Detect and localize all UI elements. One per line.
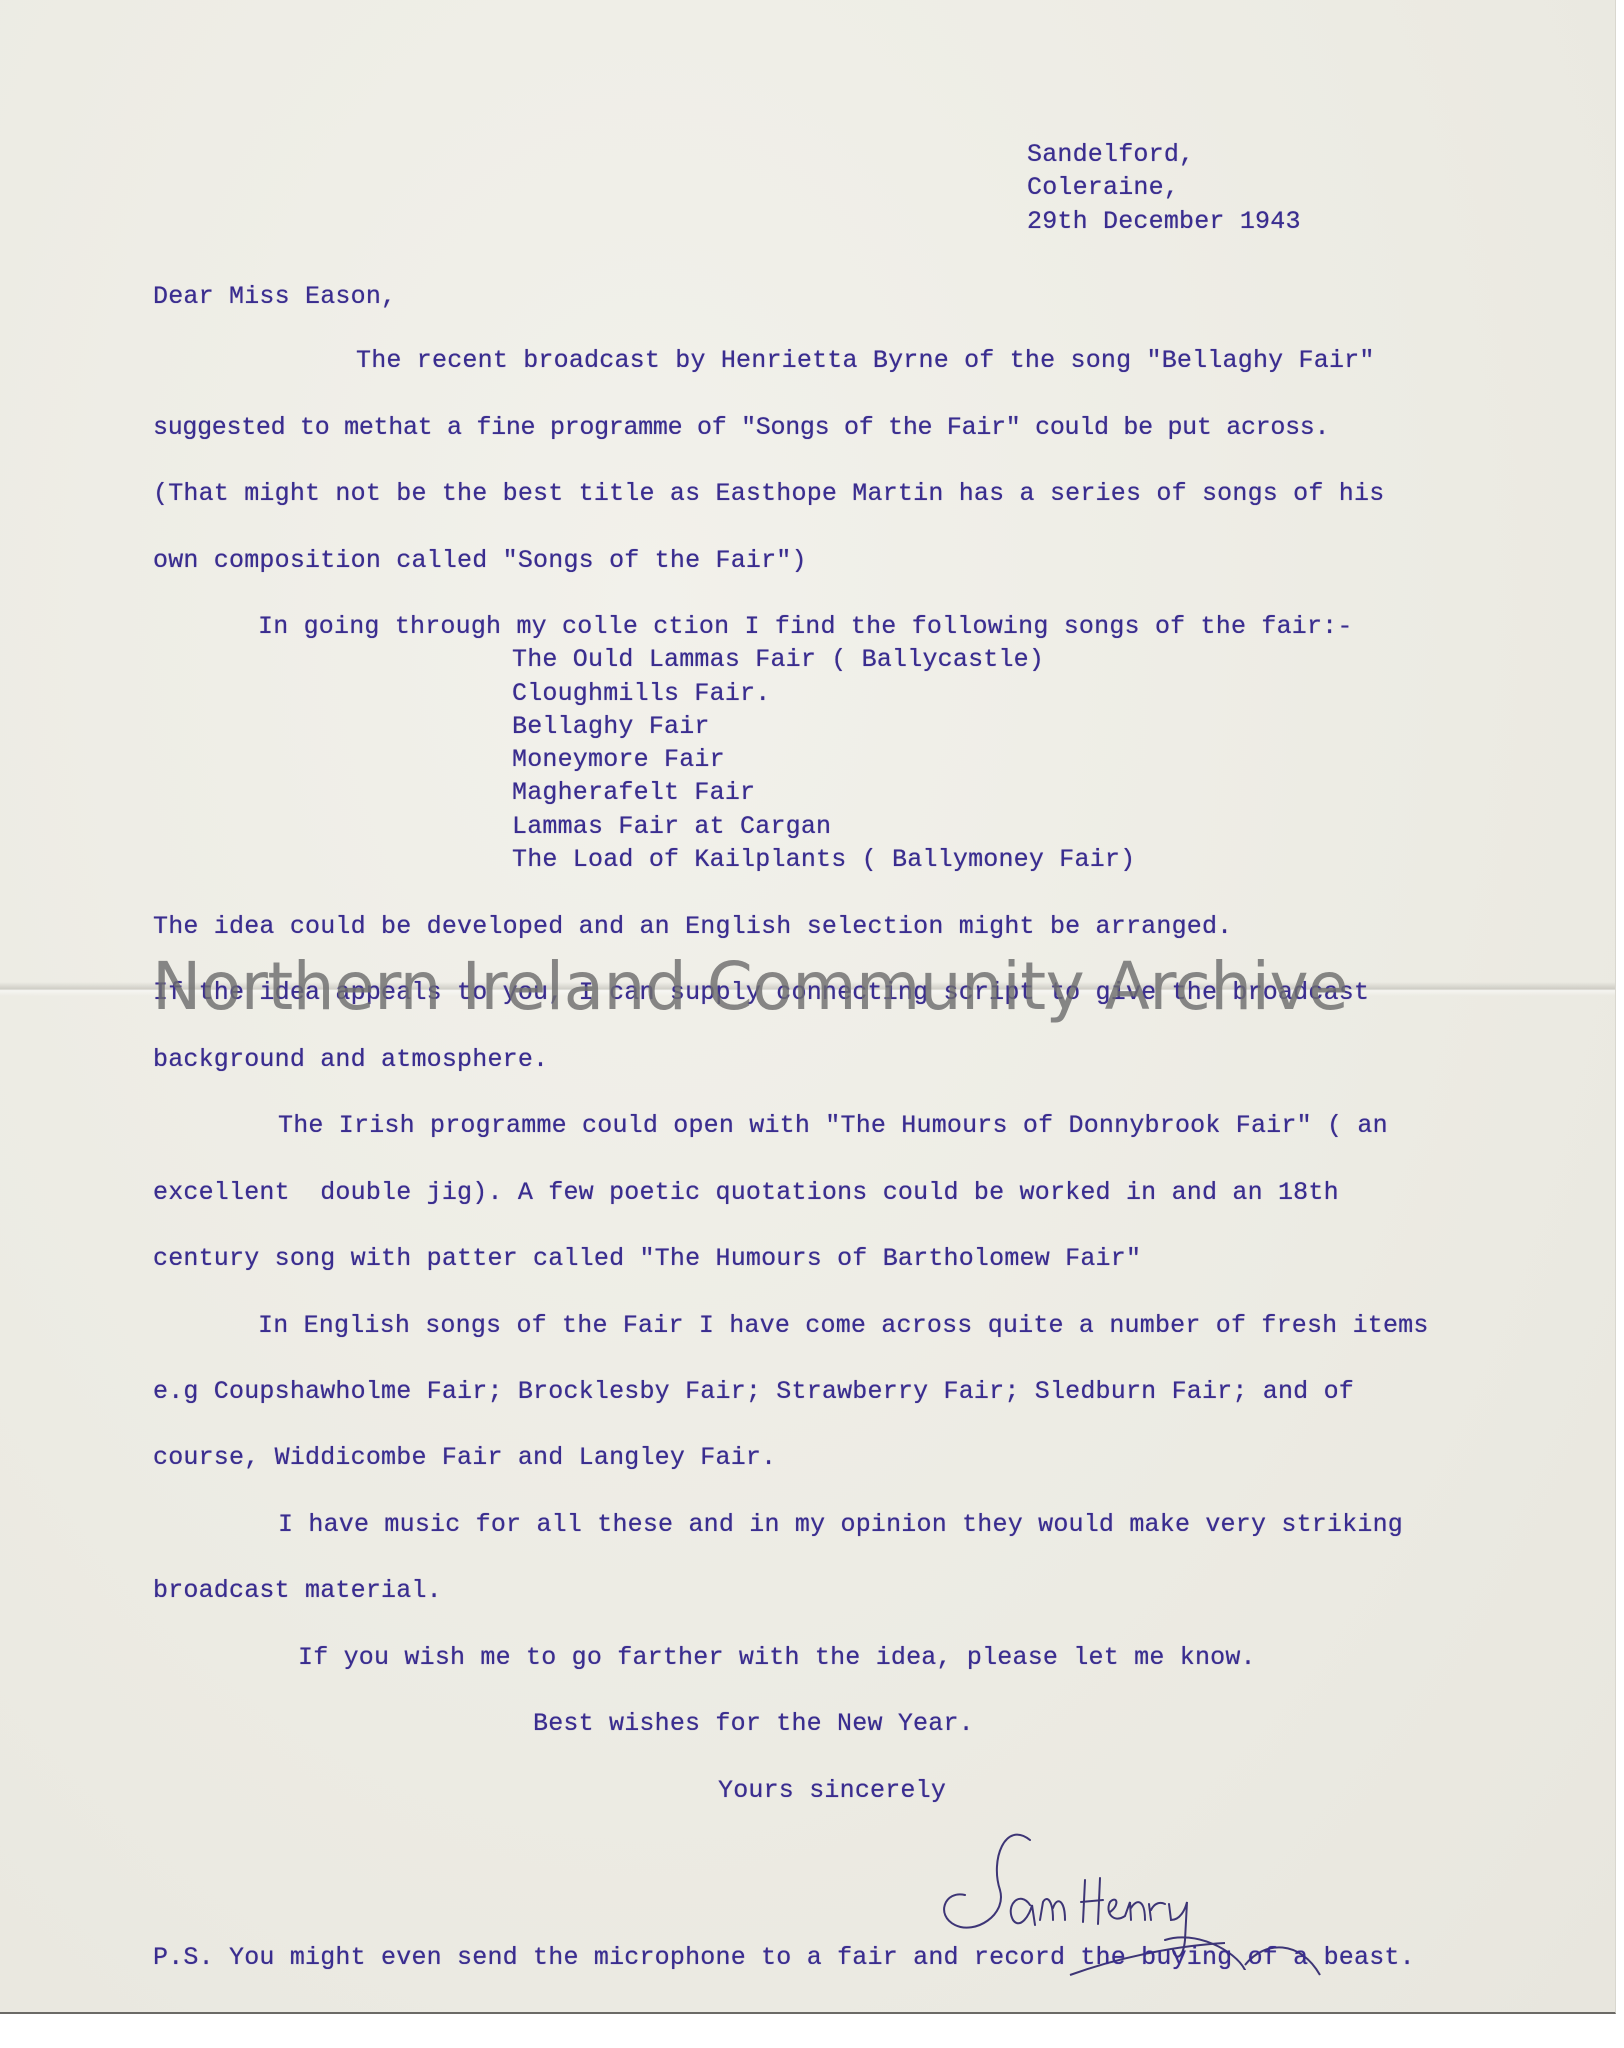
song-item: Lammas Fair at Cargan [512,812,831,841]
paragraph-4-line-2: e.g Coupshawholme Fair; Brocklesby Fair;… [153,1377,1354,1406]
postscript: P.S. You might even send the microphone … [153,1943,1415,1972]
paragraph-6: If you wish me to go farther with the id… [298,1643,1256,1672]
archive-watermark: Northern Ireland Community Archive [152,948,1348,1025]
paragraph-5-line-1: I have music for all these and in my opi… [278,1510,1403,1539]
paragraph-1-line-3: (That might not be the best title as Eas… [153,479,1384,508]
paragraph-1-line-4: own composition called "Songs of the Fai… [153,546,807,575]
song-item: The Ould Lammas Fair ( Ballycastle) [512,645,1044,674]
song-item: Moneymore Fair [512,745,725,774]
song-item: Bellaghy Fair [512,712,710,741]
paragraph-3-line-3: century song with patter called "The Hum… [153,1244,1141,1273]
paragraph-4-line-1: In English songs of the Fair I have come… [258,1311,1429,1340]
letter-paper: Sandelford, Coleraine, 29th December 194… [0,0,1616,2014]
paragraph-3-line-1: The Irish programme could open with "The… [278,1111,1388,1140]
paragraph-2-line-3: background and atmosphere. [153,1045,548,1074]
new-year-wishes: Best wishes for the New Year. [533,1709,974,1738]
salutation: Dear Miss Eason, [153,282,396,311]
song-item: The Load of Kailplants ( Ballymoney Fair… [512,845,1135,874]
paragraph-5-line-2: broadcast material. [153,1576,442,1605]
paragraph-1-line-2: suggested to methat a fine programme of … [153,413,1329,442]
paragraph-4-line-3: course, Widdicombe Fair and Langley Fair… [153,1443,776,1472]
paragraph-2-line-1: The idea could be developed and an Engli… [153,912,1232,941]
paragraph-1-line-1: The recent broadcast by Henrietta Byrne … [356,346,1375,375]
song-item: Cloughmills Fair. [512,679,770,708]
letter-date: 29th December 1943 [1027,207,1301,236]
address-line-2: Coleraine, [1027,173,1179,202]
paragraph-3-line-2: excellent double jig). A few poetic quot… [153,1178,1339,1207]
song-list-intro: In going through my colle ction I find t… [258,612,1353,641]
closing: Yours sincerely [718,1776,946,1805]
song-item: Magherafelt Fair [512,778,755,807]
address-line-1: Sandelford, [1027,140,1194,169]
